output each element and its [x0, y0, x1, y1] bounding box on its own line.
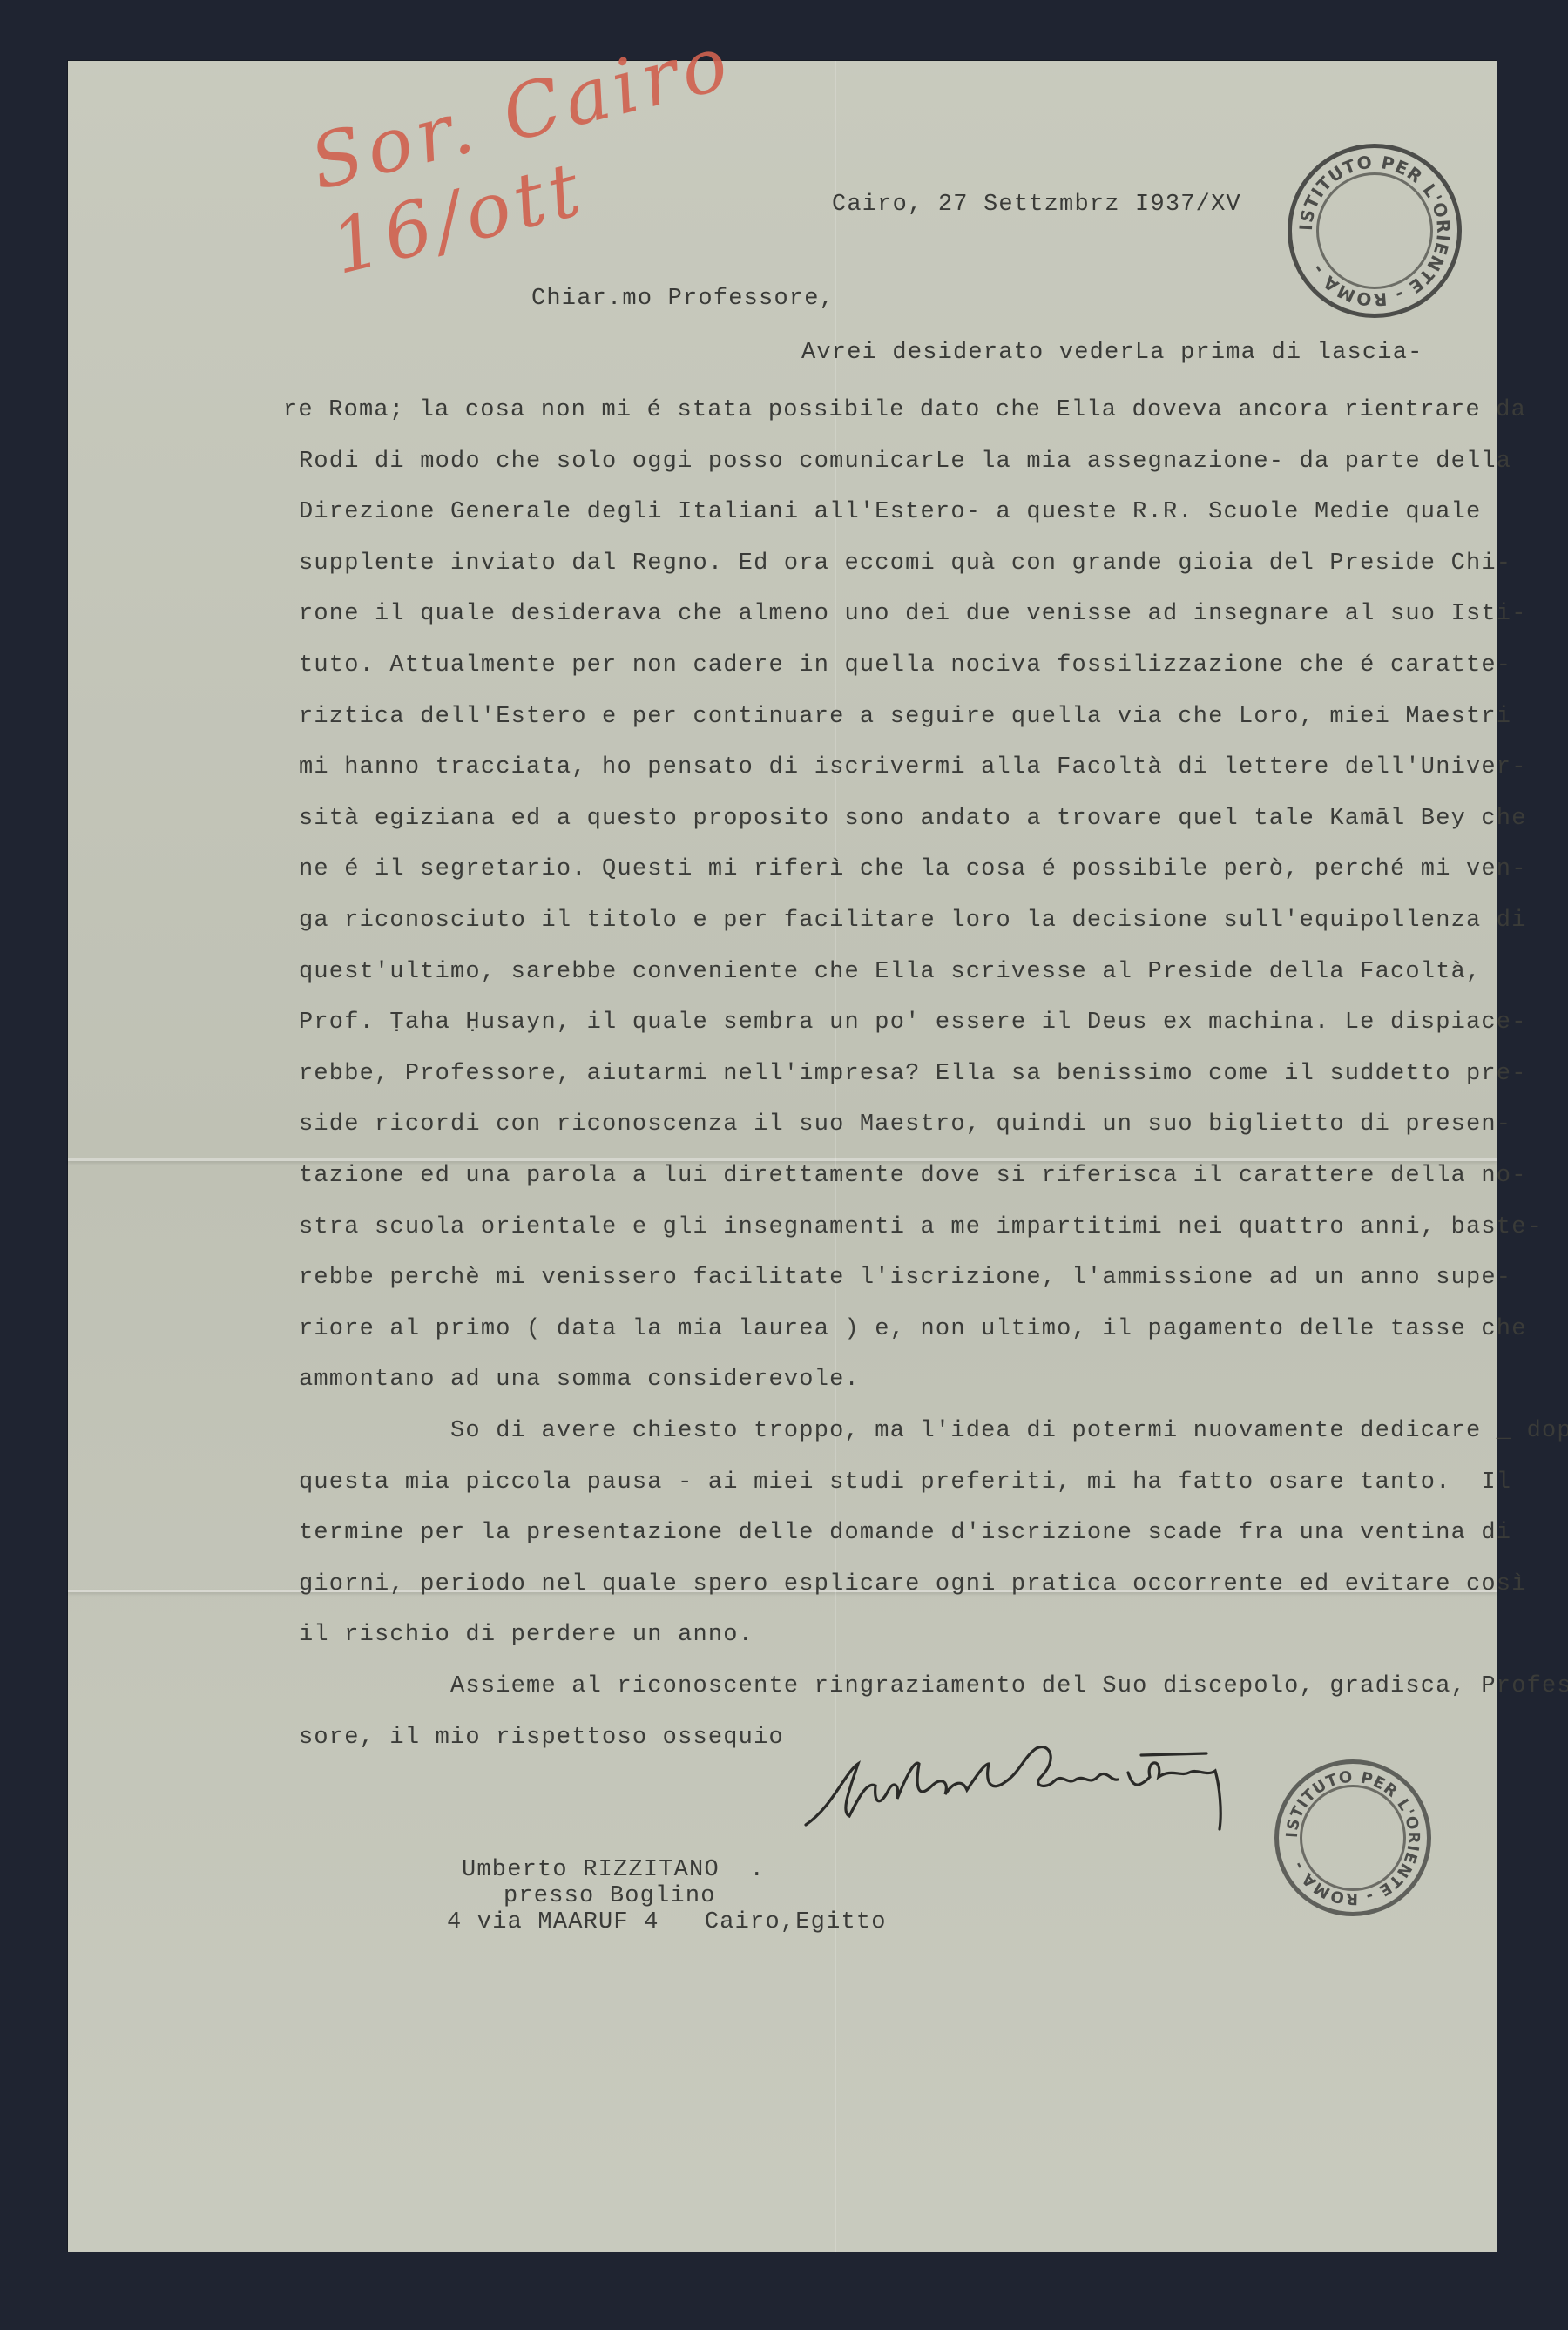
sender-name: Umberto RIZZITANO .: [462, 1857, 765, 1883]
date-line: Cairo, 27 Settzmbrz I937/XV: [832, 192, 1241, 218]
body-line: ne é il segretario. Questi mi riferì che…: [299, 856, 1527, 882]
body-line: re Roma; la cosa non mi é stata possibil…: [283, 397, 1526, 423]
body-line: Direzione Generale degli Italiani all'Es…: [299, 499, 1481, 525]
body-line: giorni, periodo nel quale spero esplicar…: [299, 1571, 1527, 1597]
stamp-text-ring-icon: ISTITUTO PER L'ORIENTE - ROMA -: [1279, 1764, 1427, 1912]
body-line: questa mia piccola pausa - ai miei studi…: [299, 1469, 1511, 1496]
stamp-text-ring-icon: ISTITUTO PER L'ORIENTE - ROMA -: [1292, 148, 1457, 314]
sender-address: 4 via MAARUF 4 Cairo,Egitto: [447, 1909, 887, 1935]
body-line: quest'ultimo, sarebbe conveniente che El…: [299, 959, 1481, 985]
salutation: Chiar.mo Professore,: [531, 286, 835, 312]
body-line: ga riconosciuto il titolo e per facilita…: [299, 908, 1527, 934]
body-line: supplente inviato dal Regno. Ed ora ecco…: [299, 550, 1511, 577]
institute-stamp-bottom: ISTITUTO PER L'ORIENTE - ROMA -: [1274, 1759, 1431, 1916]
body-line: riore al primo ( data la mia laurea ) e,…: [299, 1316, 1527, 1342]
body-line: tazione ed una parola a lui direttamente…: [299, 1163, 1527, 1189]
body-line: termine per la presentazione delle doman…: [299, 1520, 1511, 1546]
body-line: Prof. Ṭaha Ḥusayn, il quale sembra un po…: [299, 1010, 1527, 1036]
first-line: Avrei desiderato vederLa prima di lascia…: [801, 340, 1423, 366]
body-line: rebbe, Professore, aiutarmi nell'impresa…: [299, 1061, 1527, 1087]
institute-stamp-top: ISTITUTO PER L'ORIENTE - ROMA -: [1288, 144, 1462, 318]
body-line: il rischio di perdere un anno.: [299, 1622, 754, 1648]
body-line: So di avere chiesto troppo, ma l'idea di…: [299, 1418, 1568, 1444]
body-line: ammontano ad una somma considerevole.: [299, 1367, 860, 1393]
horizontal-fold-line: [68, 1158, 1497, 1161]
body-line: Rodi di modo che solo oggi posso comunic…: [299, 449, 1511, 475]
body-line: mi hanno tracciata, ho pensato di iscriv…: [299, 754, 1527, 780]
body-line: tuto. Attualmente per non cadere in quel…: [299, 652, 1511, 679]
svg-text:ISTITUTO PER L'ORIENTE - ROMA: ISTITUTO PER L'ORIENTE - ROMA -: [1283, 1768, 1423, 1908]
body-line: side ricordi con riconoscenza il suo Mae…: [299, 1111, 1511, 1138]
body-line: rebbe perchè mi venissero facilitate l'i…: [299, 1265, 1511, 1291]
body-line: riztica dell'Estero e per continuare a s…: [299, 704, 1511, 730]
svg-text:ISTITUTO PER L'ORIENTE - ROMA: ISTITUTO PER L'ORIENTE - ROMA -: [1295, 152, 1454, 311]
body-line: sore, il mio rispettoso ossequio: [299, 1725, 784, 1751]
handwritten-signature-icon: [797, 1738, 1250, 1842]
body-line: rone il quale desiderava che almeno uno …: [299, 601, 1527, 627]
body-line: Assieme al riconoscente ringraziamento d…: [299, 1673, 1568, 1699]
body-line: sità egiziana ed a questo proposito sono…: [299, 806, 1527, 832]
sender-care-of: presso Boglino: [504, 1883, 716, 1909]
body-line: stra scuola orientale e gli insegnamenti…: [299, 1214, 1542, 1240]
